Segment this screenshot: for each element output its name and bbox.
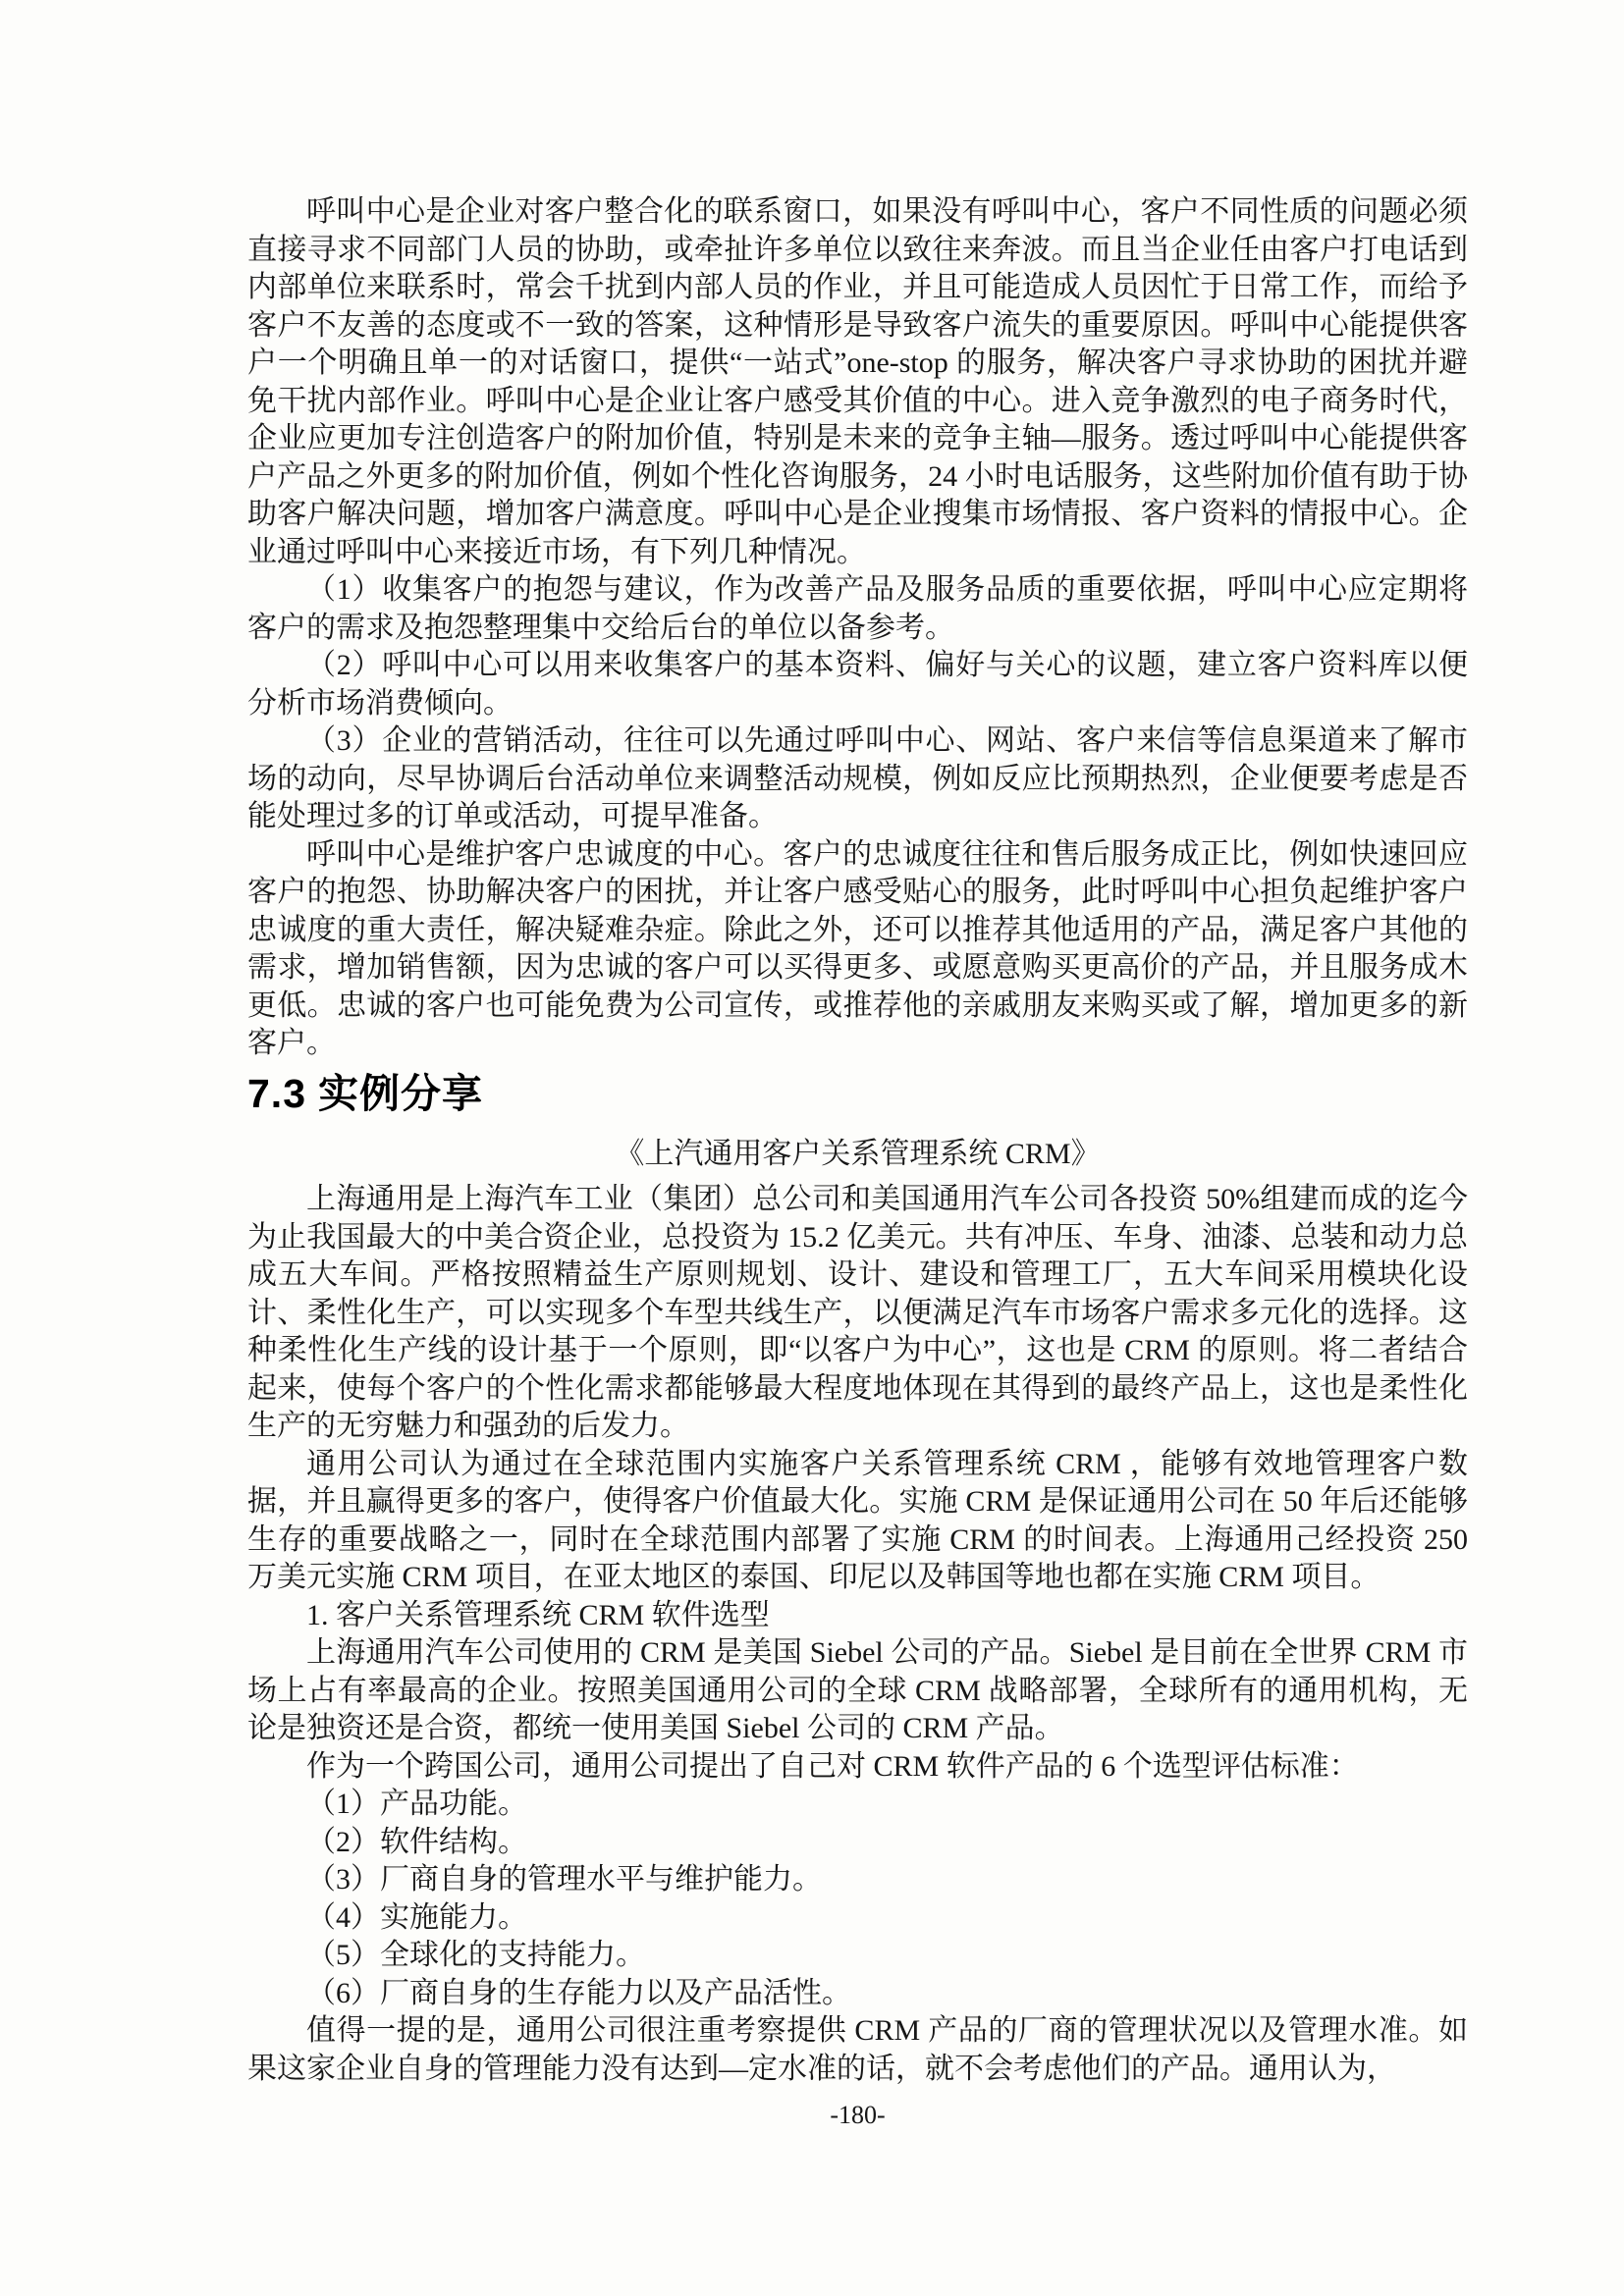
section-number: 7.3 bbox=[247, 1071, 306, 1116]
numbered-point-customer-database: （2）呼叫中心可以用来收集客户的基本资料、偏好与关心的议题，建立客户资料库以便分… bbox=[247, 647, 1468, 722]
subheading-crm-software-selection: 1. 客户关系管理系统 CRM 软件选型 bbox=[247, 1597, 1468, 1635]
paragraph-criteria-intro: 作为一个跨国公司，通用公司提出了自己对 CRM 软件产品的 6 个选型评估标准： bbox=[247, 1748, 1468, 1787]
document-page: 呼叫中心是企业对客户整合化的联系窗口，如果没有呼叫中心，客户不同性质的问题必须直… bbox=[0, 0, 1624, 2296]
paragraph-call-center-overview: 呼叫中心是企业对客户整合化的联系窗口，如果没有呼叫中心，客户不同性质的问题必须直… bbox=[247, 193, 1468, 571]
criteria-item-5: （5）全球化的支持能力。 bbox=[247, 1937, 1468, 1975]
numbered-point-marketing-channels: （3）企业的营销活动，往往可以先通过呼叫中心、网站、客户来信等信息渠道来了解市场… bbox=[247, 722, 1468, 836]
case-study-title: 《上汽通用客户关系管理系统 CRM》 bbox=[247, 1136, 1468, 1174]
criteria-item-4: （4）实施能力。 bbox=[247, 1899, 1468, 1938]
section-title: 实例分享 bbox=[318, 1071, 483, 1116]
page-body: 呼叫中心是企业对客户整合化的联系窗口，如果没有呼叫中心，客户不同性质的问题必须直… bbox=[247, 193, 1468, 2088]
page-number: -180- bbox=[830, 2101, 885, 2129]
criteria-item-2: （2）软件结构。 bbox=[247, 1824, 1468, 1862]
paragraph-siebel: 上海通用汽车公司使用的 CRM 是美国 Siebel 公司的产品。Siebel … bbox=[247, 1634, 1468, 1748]
paragraph-vendor-management: 值得一提的是，通用公司很注重考察提供 CRM 产品的厂商的管理状况以及管理水准。… bbox=[247, 2012, 1468, 2088]
numbered-point-collect-complaints: （1）收集客户的抱怨与建议，作为改善产品及服务品质的重要依据，呼叫中心应定期将客… bbox=[247, 571, 1468, 647]
criteria-item-6: （6）厂商自身的生存能力以及产品活性。 bbox=[247, 1975, 1468, 2013]
paragraph-customer-loyalty: 呼叫中心是维护客户忠诚度的中心。客户的忠诚度往往和售后服务成正比，例如快速回应客… bbox=[247, 836, 1468, 1063]
criteria-item-3: （3）厂商自身的管理水平与维护能力。 bbox=[247, 1861, 1468, 1899]
page-footer: -180- bbox=[247, 2101, 1468, 2130]
section-heading: 7.3实例分享 bbox=[247, 1069, 1468, 1118]
paragraph-gm-crm-strategy: 通用公司认为通过在全球范围内实施客户关系管理系统 CRM ，能够有效地管理客户数… bbox=[247, 1446, 1468, 1597]
criteria-item-1: （1）产品功能。 bbox=[247, 1786, 1468, 1824]
paragraph-sgm-intro: 上海通用是上海汽车工业（集团）总公司和美国通用汽车公司各投资 50%组建而成的迄… bbox=[247, 1181, 1468, 1446]
